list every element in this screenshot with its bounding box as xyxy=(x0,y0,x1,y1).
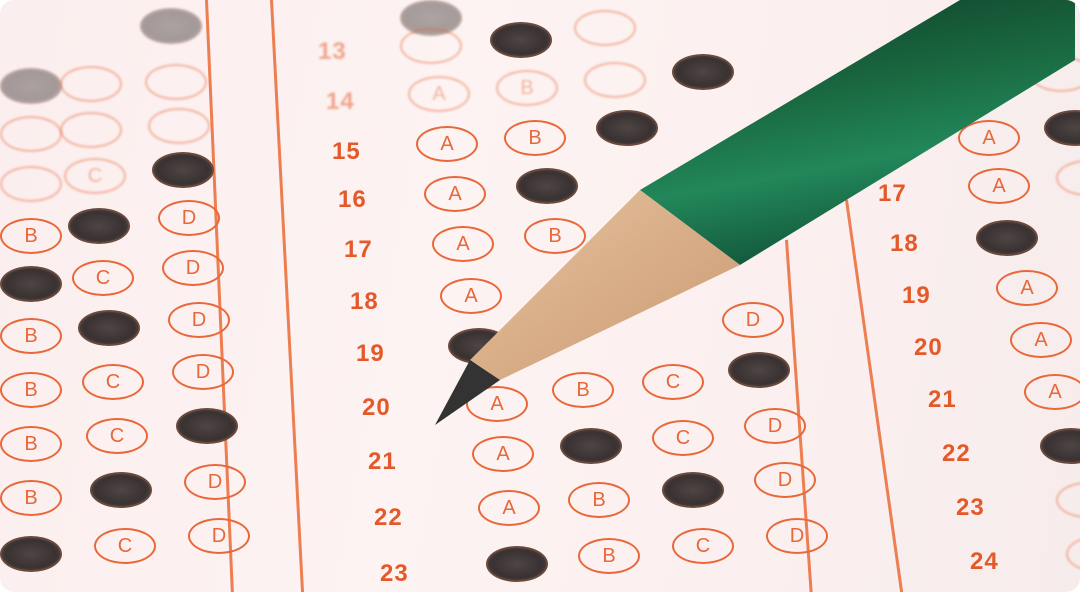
filled-bubble xyxy=(662,472,724,508)
answer-bubble xyxy=(574,10,636,46)
filled-bubble xyxy=(1044,110,1080,146)
question-number: 22 xyxy=(374,504,403,532)
answer-bubble xyxy=(60,66,122,102)
filled-bubble xyxy=(90,472,152,508)
answer-bubble: B xyxy=(524,218,586,254)
answer-bubble: A xyxy=(958,120,1020,156)
filled-bubble xyxy=(0,68,62,104)
question-number: 24 xyxy=(970,548,999,576)
answer-bubble: C xyxy=(652,420,714,456)
answer-bubble: B xyxy=(568,482,630,518)
answer-bubble: A xyxy=(466,386,528,422)
answer-bubble: D xyxy=(158,200,220,236)
question-number: 19 xyxy=(902,282,931,310)
filled-bubble xyxy=(516,168,578,204)
column-divider xyxy=(205,0,234,592)
answer-bubble: D xyxy=(172,354,234,390)
answer-bubble: D xyxy=(184,464,246,500)
answer-bubble xyxy=(1030,56,1080,92)
answer-bubble: D xyxy=(168,302,230,338)
question-number: 19 xyxy=(356,340,385,368)
answer-bubble xyxy=(1056,160,1080,196)
answer-bubble: C xyxy=(72,260,134,296)
column-divider xyxy=(270,0,304,592)
answer-bubble: B xyxy=(578,538,640,574)
question-number: 15 xyxy=(332,138,361,166)
filled-bubble xyxy=(152,152,214,188)
answer-bubble xyxy=(1066,536,1080,572)
answer-bubble xyxy=(148,108,210,144)
filled-bubble xyxy=(1040,428,1080,464)
answer-sheet-photo: 13141516171819202122231718192021222324 C… xyxy=(0,0,1080,592)
answer-bubble xyxy=(0,116,62,152)
answer-bubble: A xyxy=(440,278,502,314)
question-number: 18 xyxy=(350,288,379,316)
answer-bubble xyxy=(0,166,62,202)
answer-bubble: C xyxy=(82,364,144,400)
answer-bubble: C xyxy=(86,418,148,454)
answer-bubble: D xyxy=(744,408,806,444)
filled-bubble xyxy=(78,310,140,346)
answer-bubble: A xyxy=(408,76,470,112)
question-number: 18 xyxy=(890,230,919,258)
filled-bubble xyxy=(728,352,790,388)
answer-bubble: D xyxy=(722,302,784,338)
answer-bubble: A xyxy=(996,270,1058,306)
filled-bubble xyxy=(0,536,62,572)
answer-bubble: A xyxy=(424,176,486,212)
answer-bubble: A xyxy=(478,490,540,526)
column-divider xyxy=(845,200,904,592)
answer-bubble: B xyxy=(0,480,62,516)
filled-bubble xyxy=(140,8,202,44)
filled-bubble xyxy=(68,208,130,244)
filled-bubble xyxy=(976,220,1038,256)
answer-bubble: C xyxy=(672,528,734,564)
answer-bubble: A xyxy=(416,126,478,162)
answer-bubble: D xyxy=(766,518,828,554)
filled-bubble xyxy=(672,54,734,90)
answer-bubble: B xyxy=(552,372,614,408)
answer-bubble: D xyxy=(754,462,816,498)
filled-bubble xyxy=(486,546,548,582)
question-number: 17 xyxy=(344,236,373,264)
answer-bubble xyxy=(584,62,646,98)
filled-bubble xyxy=(176,408,238,444)
question-number: 14 xyxy=(326,88,355,116)
answer-bubble: A xyxy=(968,168,1030,204)
question-number: 20 xyxy=(362,394,391,422)
answer-bubble: A xyxy=(1010,322,1072,358)
answer-bubble: C xyxy=(642,364,704,400)
answer-bubble: B xyxy=(504,120,566,156)
answer-bubble: B xyxy=(0,372,62,408)
answer-bubble: C xyxy=(64,158,126,194)
answer-bubble: A xyxy=(1024,374,1080,410)
question-number: 21 xyxy=(368,448,397,476)
question-number: 23 xyxy=(956,494,985,522)
answer-bubble: D xyxy=(162,250,224,286)
answer-bubble: A xyxy=(432,226,494,262)
filled-bubble xyxy=(448,328,510,364)
question-number: 20 xyxy=(914,334,943,362)
answer-bubble: C xyxy=(94,528,156,564)
filled-bubble xyxy=(0,266,62,302)
question-number: 17 xyxy=(878,180,907,208)
answer-bubble: D xyxy=(188,518,250,554)
answer-bubble: B xyxy=(496,70,558,106)
answer-bubble xyxy=(145,64,207,100)
question-number: 13 xyxy=(318,38,347,66)
answer-bubble: B xyxy=(0,318,62,354)
filled-bubble xyxy=(490,22,552,58)
answer-bubble xyxy=(60,112,122,148)
answer-bubble: B xyxy=(0,426,62,462)
answer-bubble xyxy=(1056,482,1080,518)
filled-bubble xyxy=(596,110,658,146)
answer-bubble: B xyxy=(0,218,62,254)
filled-bubble xyxy=(560,428,622,464)
question-number: 23 xyxy=(380,560,409,588)
question-number: 22 xyxy=(942,440,971,468)
answer-bubble xyxy=(400,28,462,64)
question-number: 16 xyxy=(338,186,367,214)
question-number: 21 xyxy=(928,386,957,414)
answer-bubble: A xyxy=(472,436,534,472)
